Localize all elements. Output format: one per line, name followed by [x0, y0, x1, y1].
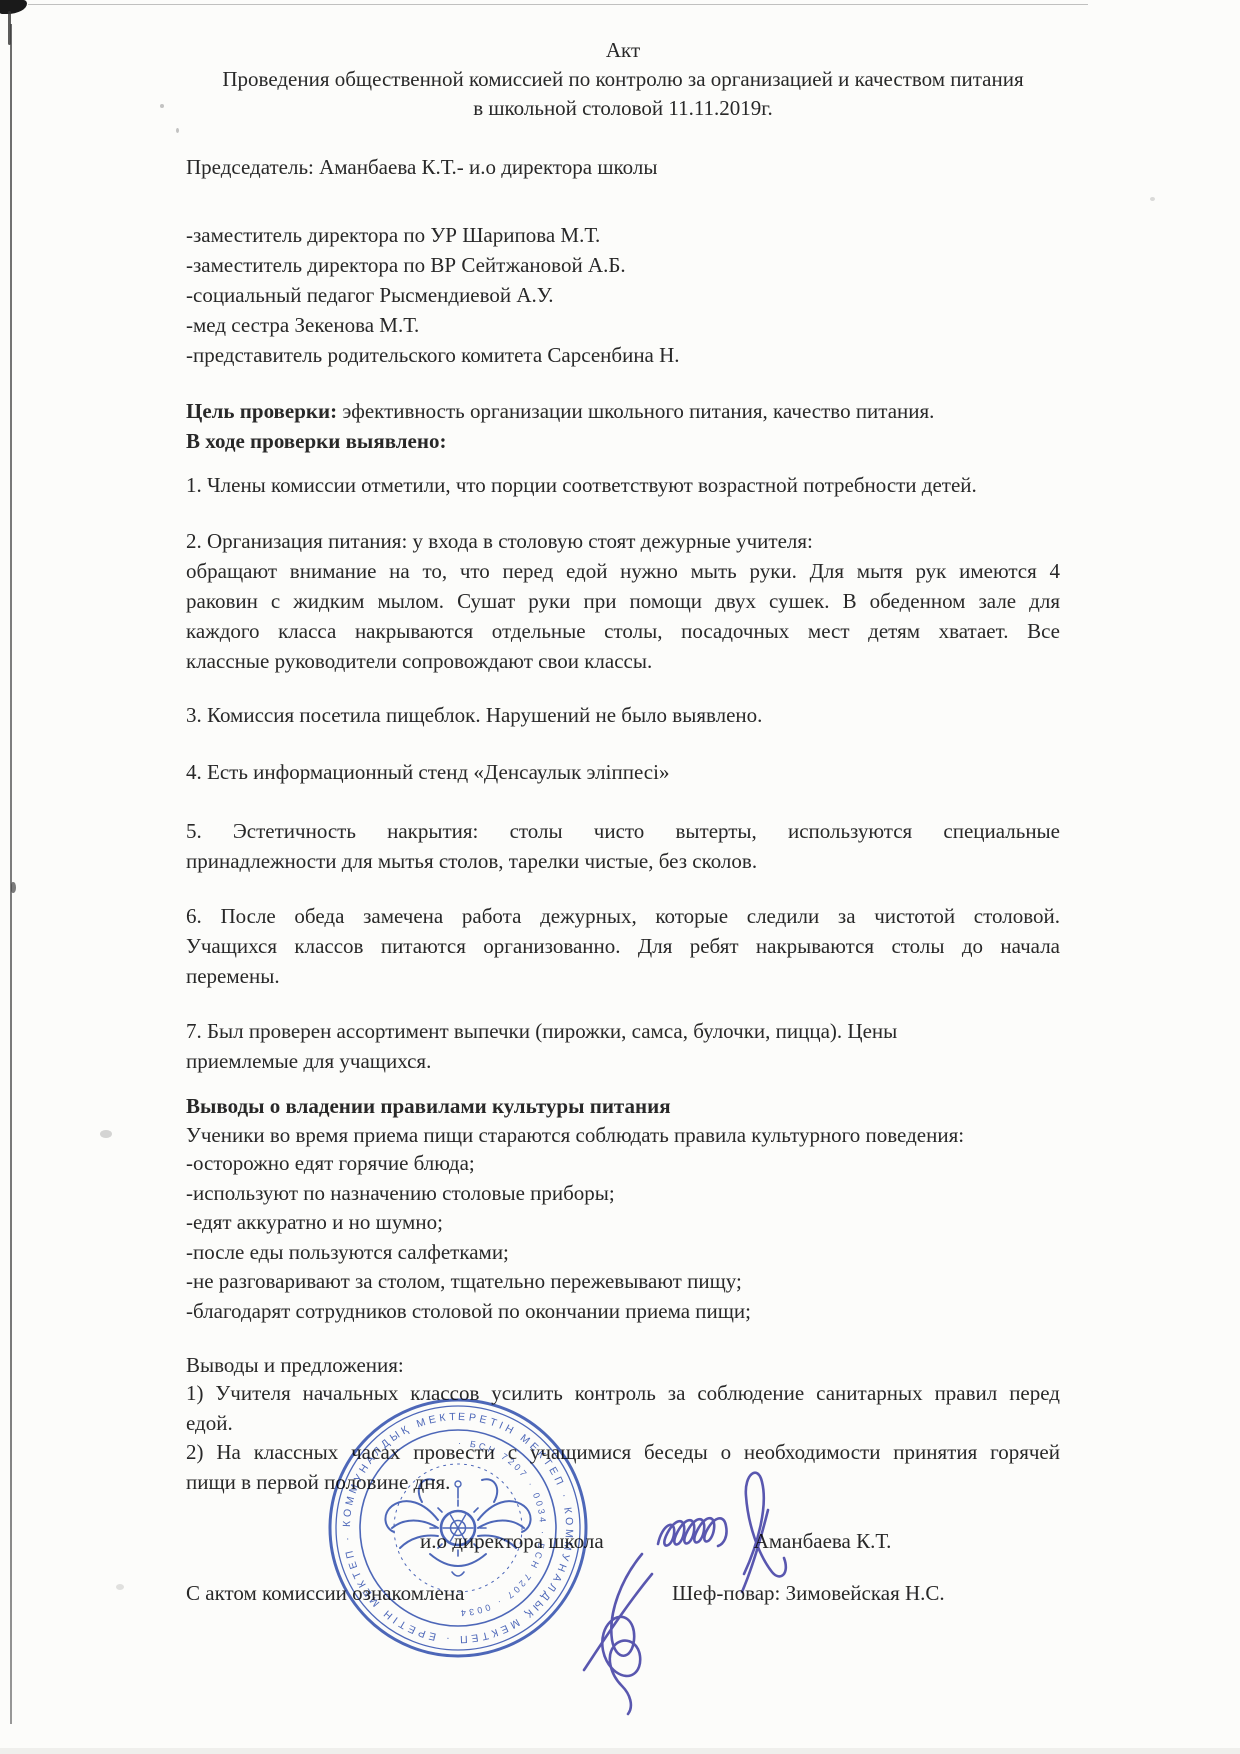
item-3: 3. Комиссия посетила пищеблок. Нарушений…: [186, 700, 1060, 730]
goal-label: Цель проверки:: [186, 399, 337, 423]
member-line: -социальный педагог Рысмендиевой А.У.: [186, 280, 1060, 310]
doc-subtitle-line1: Проведения общественной комиссией по кон…: [186, 65, 1060, 94]
item-2-body-line: каждого класса накрываются отдельные сто…: [186, 616, 1060, 646]
item-2-body-line: классные руководители сопровождают свои …: [186, 646, 1060, 676]
member-line: -представитель родительского комитета Са…: [186, 340, 1060, 370]
item-4: 4. Есть информационный стенд «Денсаулык …: [186, 757, 1060, 787]
scan-artifact-left-edge: [10, 24, 12, 1724]
conclusions-intro: Ученики во время приема пищи стараются с…: [186, 1120, 1060, 1150]
scan-speck: [11, 882, 16, 893]
rules-list: -осторожно едят горячие блюда; -использу…: [186, 1149, 1060, 1326]
chairman-line: Председатель: Аманбаева К.Т.- и.о директ…: [186, 152, 1060, 182]
item-7: 7. Был проверен ассортимент выпечки (пир…: [186, 1016, 1060, 1076]
item-2-body-line: раковин с жидким мылом. Сушат руки при п…: [186, 586, 1060, 616]
suggestion-1-line: едой.: [186, 1408, 1060, 1438]
scan-speck: [160, 104, 164, 108]
rule-line: -используют по назначению столовые прибо…: [186, 1179, 1060, 1209]
rule-line: -едят аккуратно и но шумно;: [186, 1208, 1060, 1238]
conclusions-heading: Выводы о владении правилами культуры пит…: [186, 1091, 1060, 1121]
rule-line: -благодарят сотрудников столовой по окон…: [186, 1297, 1060, 1327]
item-2-lead: 2. Организация питания: у входа в столов…: [186, 526, 1060, 556]
goal-block: Цель проверки: эфективность организации …: [186, 396, 1060, 456]
item-7-line: приемлемые для учащихся.: [186, 1046, 1060, 1076]
item-6: 6. После обеда замечена работа дежурных,…: [186, 901, 1060, 991]
scan-speck: [116, 1584, 124, 1590]
title-block: Акт Проведения общественной комиссией по…: [186, 36, 1060, 123]
doc-subtitle-line2: в школьной столовой 11.11.2019г.: [186, 94, 1060, 123]
findings-heading: В ходе проверки выявлено:: [186, 426, 1060, 456]
item-2-body: обращают внимание на то, что перед едой …: [186, 556, 1060, 676]
suggestions-heading: Выводы и предложения:: [186, 1350, 1060, 1380]
scan-artifact-bottom-edge: [0, 1748, 1240, 1754]
scan-speck: [1150, 197, 1155, 201]
member-line: -заместитель директора по ВР Сейтжановой…: [186, 250, 1060, 280]
rule-line: -не разговаривают за столом, тщательно п…: [186, 1267, 1060, 1297]
scan-speck: [100, 1130, 112, 1138]
signature-chef-icon: [572, 1548, 672, 1716]
item-5: 5. Эстетичность накрытия: столы чисто вы…: [186, 816, 1060, 876]
doc-title: Акт: [186, 36, 1060, 65]
item-1: 1. Члены комиссии отметили, что порции с…: [186, 470, 1060, 500]
suggestion-1: 1) Учителя начальных классов усилить кон…: [186, 1378, 1060, 1438]
scanned-act-document: Акт Проведения общественной комиссией по…: [0, 0, 1240, 1754]
scan-speck: [176, 128, 179, 133]
item-5-line: 5. Эстетичность накрытия: столы чисто вы…: [186, 816, 1060, 846]
item-6-line: Учащихся классов питаются организованно.…: [186, 931, 1060, 961]
suggestion-1-line: 1) Учителя начальных классов усилить кон…: [186, 1378, 1060, 1408]
suggestion-2-line: пищи в первой половине дня.: [186, 1467, 1060, 1497]
goal-text: эфективность организации школьного питан…: [337, 399, 934, 423]
member-line: -заместитель директора по УР Шарипова М.…: [186, 220, 1060, 250]
goal-line: Цель проверки: эфективность организации …: [186, 396, 1060, 426]
item-2-body-line: обращают внимание на то, что перед едой …: [186, 556, 1060, 586]
item-5-line: принадлежности для мытья столов, тарелки…: [186, 846, 1060, 876]
item-7-line: 7. Был проверен ассортимент выпечки (пир…: [186, 1016, 1060, 1046]
member-line: -мед сестра Зекенова М.Т.: [186, 310, 1060, 340]
item-6-line: 6. После обеда замечена работа дежурных,…: [186, 901, 1060, 931]
suggestion-2: 2) На классных часах провести с учащимис…: [186, 1437, 1060, 1497]
suggestion-2-line: 2) На классных часах провести с учащимис…: [186, 1437, 1060, 1467]
item-6-line: перемены.: [186, 961, 1060, 991]
rule-line: -после еды пользуются салфетками;: [186, 1238, 1060, 1268]
rule-line: -осторожно едят горячие блюда;: [186, 1149, 1060, 1179]
scan-artifact-corner: [0, 0, 27, 14]
signature-director-icon: [652, 1448, 802, 1598]
scan-artifact-top-edge: [28, 4, 1088, 5]
official-round-stamp-icon: ЕРЕТІН МЕКТЕП · КОММУНАЛДЫҚ МЕКТЕП · ЕРЕ…: [326, 1396, 590, 1660]
members-list: -заместитель директора по УР Шарипова М.…: [186, 220, 1060, 370]
